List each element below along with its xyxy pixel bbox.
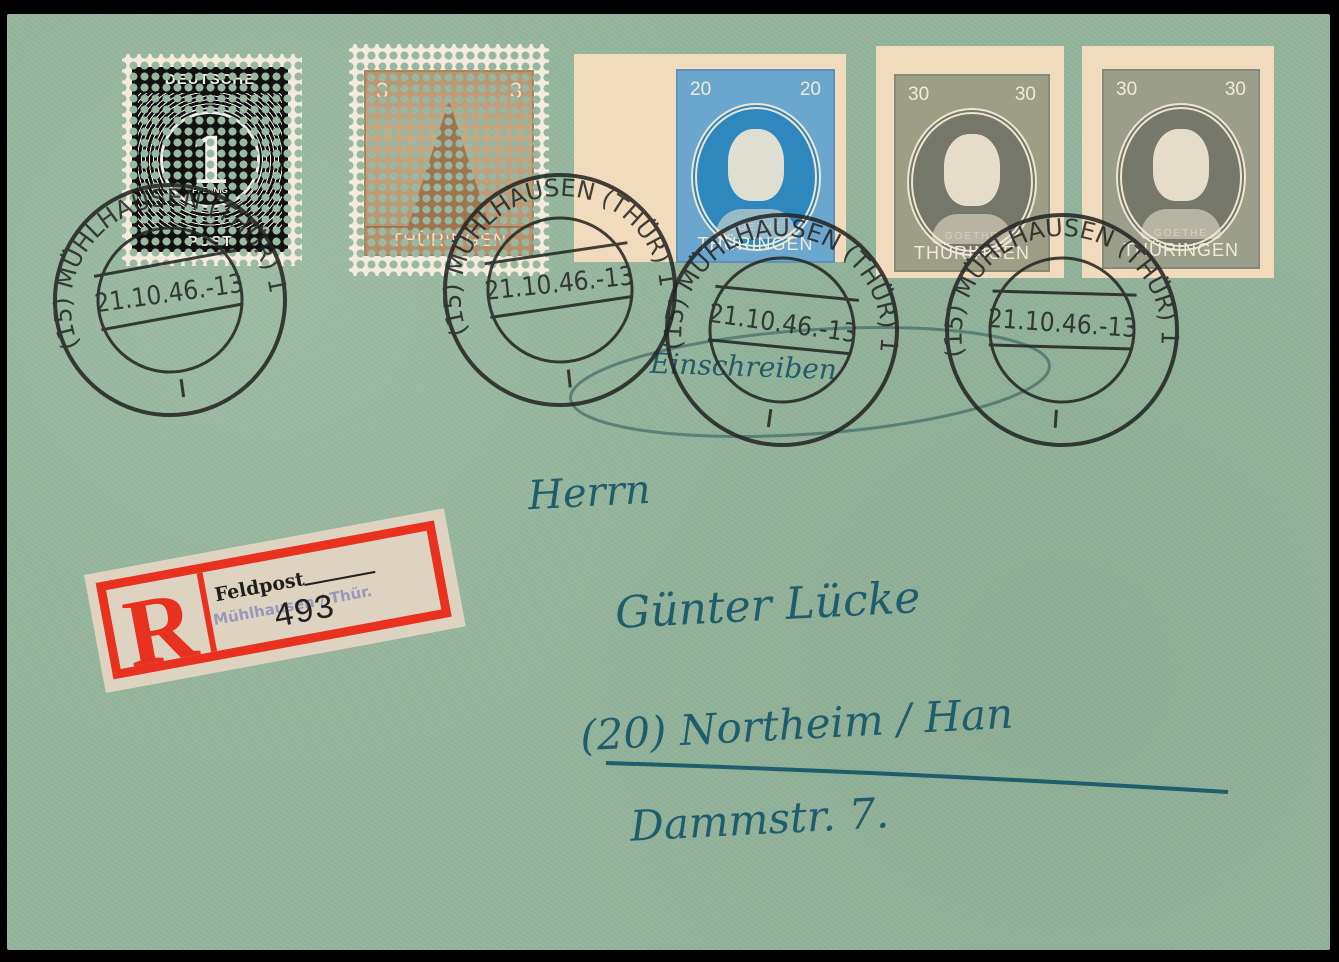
fir-tree-icon — [407, 100, 491, 230]
stamp-design: DEUTSCHE 1 PFENNIG POST — [132, 67, 288, 252]
stamp-name: THÜRINGEN — [1104, 240, 1258, 261]
registration-r-box: R — [106, 572, 217, 669]
handwritten-salutation: Herrn — [527, 467, 652, 519]
portrait-head — [944, 134, 1000, 206]
portrait-head — [1153, 129, 1209, 201]
stamp-design: 30 30 GOETHE THÜRINGEN — [1102, 69, 1260, 269]
stamp-value-right: 20 — [800, 79, 821, 101]
stamp-thuringen-3: 3 3 THÜRINGEN — [349, 44, 549, 276]
portrait-head — [728, 129, 784, 201]
stamp-name: THÜRINGEN — [678, 234, 833, 255]
stamp-value-left: 20 — [690, 79, 711, 101]
value-oval: 1 PFENNIG — [160, 111, 260, 208]
stamp-subname: GOETHE — [1104, 228, 1258, 239]
stamp-design: 3 3 THÜRINGEN — [364, 70, 534, 256]
stamp-deutsche-post-1-pfennig: DEUTSCHE 1 PFENNIG POST — [122, 54, 302, 266]
stamp-value-right: 30 — [1015, 84, 1036, 106]
stamp-value-left: 3 — [376, 78, 388, 104]
stamp-subname: GOETHE — [678, 222, 833, 233]
registration-letter: R — [105, 566, 216, 692]
stamp-subname: GOETHE — [896, 231, 1048, 242]
stamp-value-right: 3 — [510, 78, 522, 104]
stamp-thuringen-20-with-margin: 20 20 GOETHE THÜRINGEN — [574, 54, 846, 262]
stamp-value-right: 30 — [1225, 79, 1246, 101]
stamp-value-left: 30 — [908, 84, 929, 106]
stamp-thuringen-30-a: 30 30 GOETHE THÜRINGEN — [876, 46, 1064, 278]
stamp-top-label: DEUTSCHE — [132, 71, 288, 88]
handwritten-note: Einschreiben — [649, 347, 837, 387]
stamp-thuringen-30-b: 30 30 GOETHE THÜRINGEN — [1082, 46, 1274, 278]
stamp-design: 30 30 GOETHE THÜRINGEN — [894, 74, 1050, 272]
stamp-bottom-label: POST — [132, 233, 288, 250]
stamp-value-left: 30 — [1116, 79, 1137, 101]
stamp-currency: PFENNIG — [163, 186, 257, 195]
stamp-name: THÜRINGEN — [896, 243, 1048, 264]
registration-number: 493 — [271, 589, 338, 638]
stamp-design: 20 20 GOETHE THÜRINGEN — [676, 69, 835, 263]
stamp-name: THÜRINGEN — [366, 226, 532, 251]
